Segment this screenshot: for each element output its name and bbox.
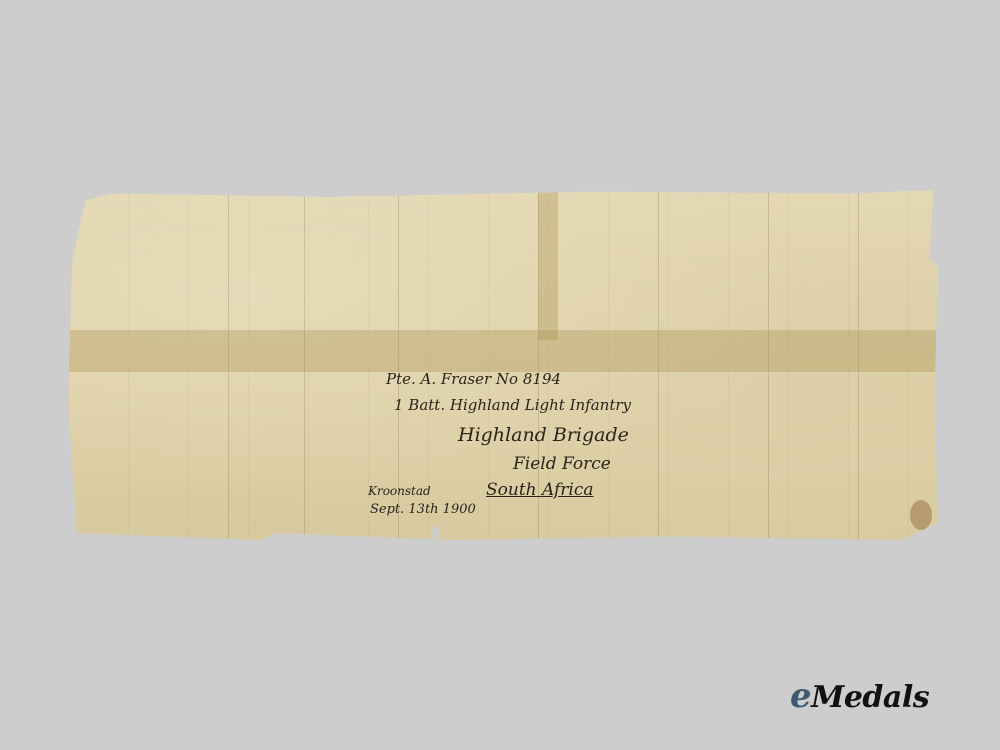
soldier-name-line: Pte. A. Fraser No 8194	[386, 370, 561, 388]
battalion-line: 1 Batt. Highland Light Infantry	[394, 396, 631, 414]
place-text: Kroonstad	[368, 484, 431, 498]
tape-strip-horizontal	[68, 330, 938, 372]
handwritten-document: Pte. A. Fraser No 8194 1 Batt. Highland …	[68, 190, 938, 540]
emedals-logo: eMedals	[790, 676, 929, 716]
country-line: South Africa	[486, 480, 594, 500]
paper-hole	[432, 526, 440, 540]
logo-text: Medals	[811, 680, 929, 715]
date-text: Sept. 13th 1900	[370, 502, 476, 517]
tape-strip-vertical	[538, 190, 558, 340]
logo-e: e	[790, 676, 811, 716]
force-line: Field Force	[513, 454, 611, 474]
stain-mark	[910, 500, 932, 530]
brigade-line: Highland Brigade	[458, 424, 629, 446]
